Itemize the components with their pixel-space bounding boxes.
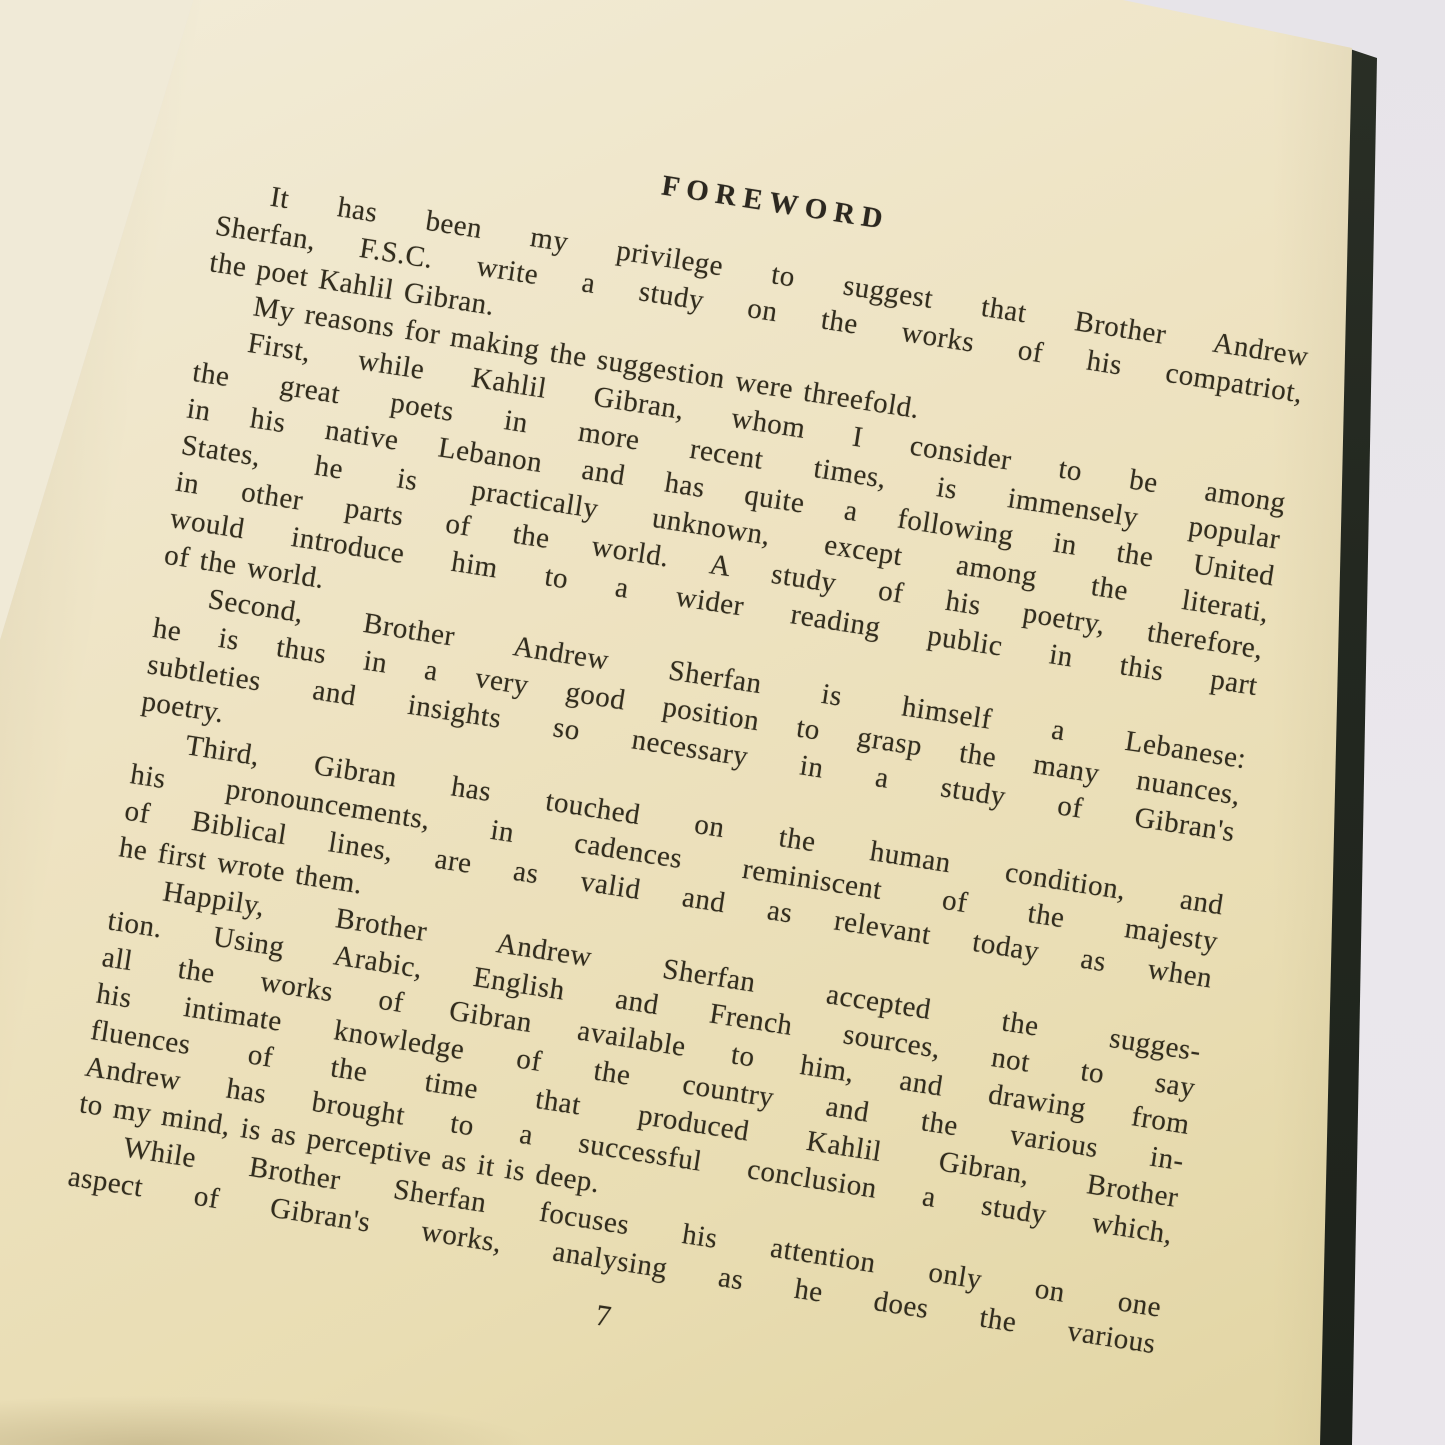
photo-background: FOREWORD It has been my privilege to sug… xyxy=(0,0,1445,1445)
page-content: FOREWORD It has been my privilege to sug… xyxy=(57,100,1322,1421)
text-block: It has been my privilege to suggest that… xyxy=(65,171,1311,1363)
book-page: FOREWORD It has been my privilege to sug… xyxy=(0,0,1445,1445)
